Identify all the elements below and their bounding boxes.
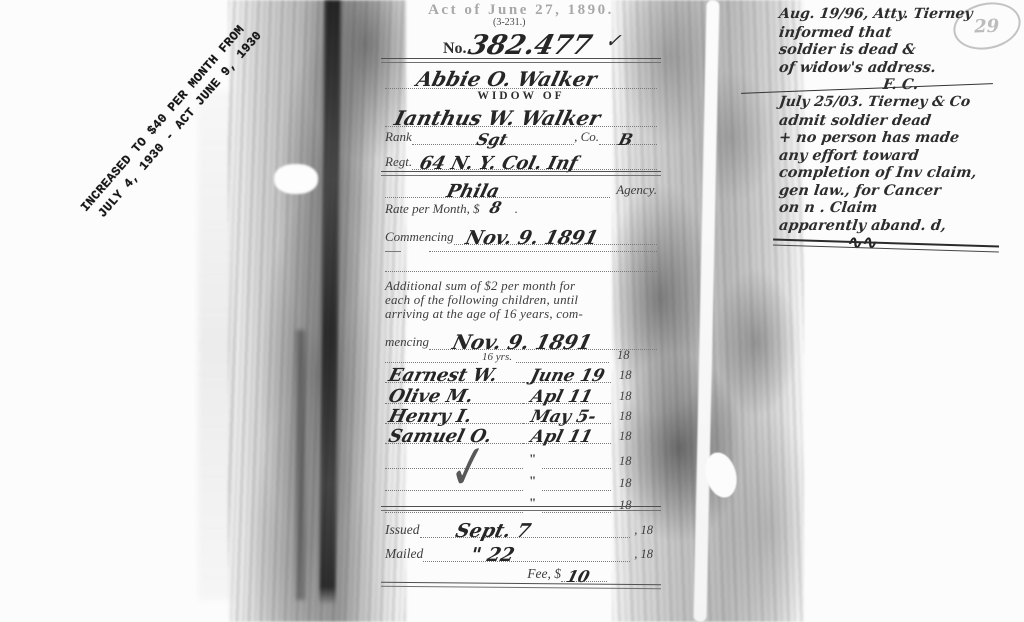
blank-year: 18 — [611, 476, 645, 491]
note2-line: completion of Inv claim, — [778, 164, 978, 182]
note2-line: on n . Claim — [778, 199, 978, 217]
child-date-line: Apl 11 — [523, 383, 611, 404]
rate-value: 8 — [487, 198, 503, 217]
increase-stamp: INCREASED TO $40 PER MONTH FROM JULY 4, … — [78, 17, 267, 227]
agency-label: Agency. — [610, 182, 657, 198]
child-year: 18 — [611, 409, 645, 424]
child-name-line: Olive M. — [385, 383, 523, 404]
additional-sum-paragraph: Additional sum of $2 per month for each … — [385, 279, 657, 320]
note2-line: admit soldier dead — [778, 112, 978, 130]
regt-line: 64 N. Y. Col. Inf — [412, 146, 657, 170]
note1-line: of widow's address. — [778, 59, 996, 77]
no-label: No. — [443, 40, 467, 58]
mencing-value: Nov. 9. 1891 — [450, 330, 595, 354]
case-number: 382.477 — [465, 30, 595, 61]
child-date-line: Apl 11 — [523, 423, 611, 444]
blank-date-line — [542, 449, 611, 469]
note2-line: any effort toward — [778, 147, 978, 165]
widow-name: Abbie O. Walker — [414, 67, 599, 91]
separator-dotted-2 — [385, 271, 657, 272]
note2: July 25/03. Tierney & Co admit soldier d… — [779, 94, 977, 252]
note2-line: + no person has made — [778, 129, 978, 147]
double-rule-bottom — [381, 582, 661, 589]
paper-tear-white-patch — [274, 164, 318, 194]
blank-child-row: " 18 — [385, 449, 657, 469]
note2-line: gen law., for Cancer — [778, 182, 978, 200]
mencing-label: mencing — [385, 334, 429, 350]
additional-line-2: each of the following children, until — [385, 293, 657, 307]
ink-smudge-left-band — [228, 0, 406, 622]
rank-label: Rank — [385, 129, 412, 145]
mailed-label: Mailed — [385, 546, 423, 562]
child-date-line: May 5- — [523, 403, 611, 424]
regt-label: Regt. — [385, 154, 412, 170]
note1-line: informed that — [778, 24, 996, 42]
note2-line: July 25/03. Tierney & Co — [778, 94, 978, 112]
mencing-line: Nov. 9. 1891 — [429, 320, 657, 350]
increase-stamp-line1: INCREASED TO $40 PER MONTH FROM — [78, 17, 254, 216]
fee-line: 10 — [561, 561, 607, 582]
co-line: B — [599, 128, 657, 145]
paper-crack-white-line — [693, 0, 719, 622]
ink-streak-left-core — [319, 0, 340, 605]
issued-year: , 18 — [630, 523, 653, 538]
blank-date-line — [542, 471, 611, 491]
mailed-line: " 22 — [423, 539, 630, 562]
ditto-mark: " — [523, 451, 542, 469]
rank-line: Sgt — [412, 128, 574, 145]
blank-year: 18 — [611, 454, 645, 469]
child-name-line: Henry I. — [385, 403, 523, 424]
separator-dotted-1 — [429, 251, 657, 252]
note1-line: Aug. 19/96, Atty. Tierney — [778, 6, 996, 24]
age-header-year: 18 — [609, 348, 643, 363]
commencing-value: Nov. 9. 1891 — [463, 227, 600, 249]
ink-streak-left-secondary — [296, 330, 305, 600]
agency-line: Phila — [385, 175, 610, 198]
blank-child-row: " 18 — [385, 471, 657, 491]
child-year: 18 — [611, 389, 645, 404]
soldier-name: Ianthus W. Walker — [392, 106, 603, 130]
child-name-line: Earnest W. — [385, 362, 523, 383]
additional-line-1: Additional sum of $2 per month for — [385, 279, 657, 293]
co-label: , Co. — [574, 129, 599, 145]
note1: Aug. 19/96, Atty. Tierney informed that … — [779, 2, 995, 94]
large-checkmark-icon: ✓ — [448, 429, 488, 506]
double-rule-lower — [381, 506, 661, 511]
issued-label: Issued — [385, 522, 420, 538]
note1-line: soldier is dead & — [778, 41, 996, 59]
child-year: 18 — [611, 429, 645, 444]
pension-form: Act of June 27, 1890. (3-231.) No. 382.4… — [385, 0, 657, 622]
number-checkmark-icon: ✓ — [603, 30, 626, 52]
issued-line: Sept. 7 — [420, 513, 631, 538]
child-row: Samuel O. Apl 11 18 — [385, 423, 657, 444]
fee-label: Fee, $ — [527, 566, 561, 582]
rate-label: Rate per Month, $ — [385, 201, 480, 217]
commencing-line: Nov. 9. 1891 — [454, 219, 657, 245]
child-date-line: June 19 — [523, 362, 611, 383]
ditto-mark: " — [523, 473, 542, 491]
scanned-pension-document: INCREASED TO $40 PER MONTH FROM JULY 4, … — [0, 0, 1024, 622]
child-year: 18 — [611, 368, 645, 383]
commencing-label: Commencing — [385, 229, 454, 245]
child-row: Henry I. May 5- 18 — [385, 403, 657, 424]
mailed-year: , 18 — [630, 547, 653, 562]
child-row: Earnest W. June 19 18 — [385, 362, 657, 383]
separator-dash — [385, 251, 401, 252]
margin-notes: Aug. 19/96, Atty. Tierney informed that … — [779, 2, 995, 94]
increase-stamp-line2: JULY 4, 1930 - ACT JUNE 9, 1930 — [95, 28, 266, 222]
rate-suffix: . — [515, 201, 518, 217]
child-row: Olive M. Apl 11 18 — [385, 383, 657, 404]
child-birthdate: Apl 11 — [529, 427, 595, 447]
additional-line-3: arriving at the age of 16 years, com- — [385, 307, 657, 321]
stain-left-wash — [198, 90, 234, 600]
